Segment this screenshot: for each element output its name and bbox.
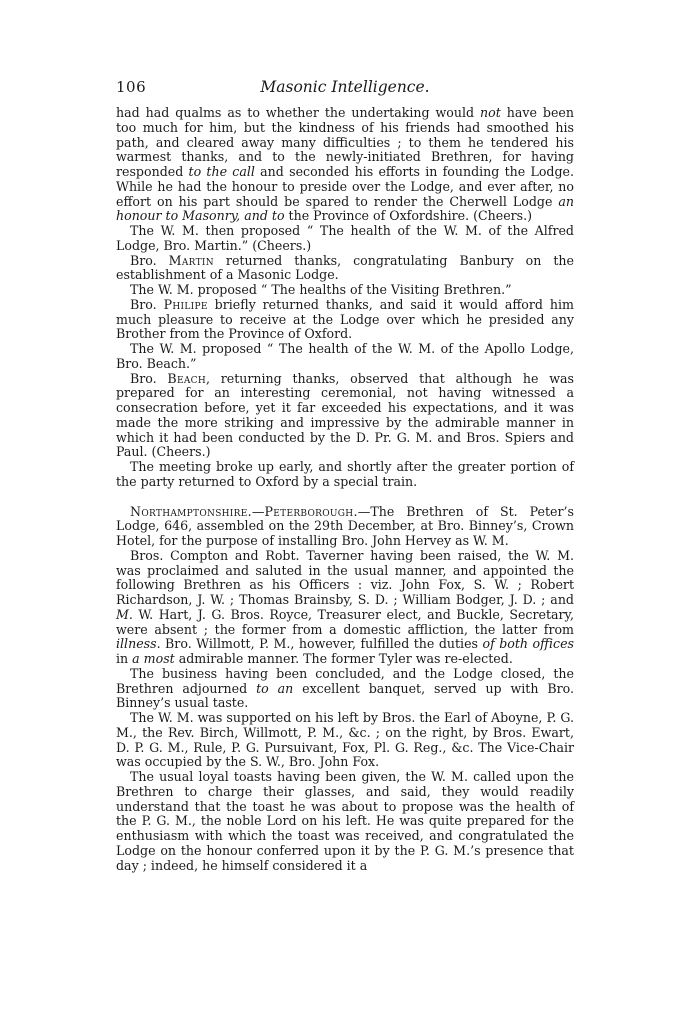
- italic-text: of both offices: [482, 636, 574, 651]
- text-run: Bros. Compton and Robt. Taverner having …: [116, 548, 574, 607]
- running-header: 106 Masonic Intelligence.: [116, 78, 574, 100]
- text-run: The W. M. then proposed “ The health of …: [116, 223, 574, 253]
- paragraph: Northamptonshire.—Peterborough.—The Bret…: [116, 505, 574, 549]
- text-run: The W. M. proposed “ The healths of the …: [130, 282, 512, 297]
- text-run: Bro.: [130, 253, 169, 268]
- text-run: . Bro. Willmott, P. M., however, fulfill…: [157, 636, 483, 651]
- paragraph: Bro. Philipe briefly returned thanks, an…: [116, 298, 574, 342]
- text-run: The W. M. was supported on his left by B…: [116, 710, 574, 769]
- text-run: Bro.: [130, 297, 164, 312]
- paragraph: Bro. Martin returned thanks, congratulat…: [116, 254, 574, 284]
- name-small-caps: Peterborough.: [265, 504, 358, 519]
- text-run: Bro.: [130, 371, 167, 386]
- italic-text: a most: [132, 651, 175, 666]
- paragraph: The W. M. then proposed “ The health of …: [116, 224, 574, 254]
- paragraph: The W. M. proposed “ The healths of the …: [116, 283, 574, 298]
- italic-text: illness: [116, 636, 157, 651]
- paragraph: Bros. Compton and Robt. Taverner having …: [116, 549, 574, 667]
- text-run: W. Hart, J. G. Bros. Royce, Treasurer el…: [116, 607, 574, 637]
- text-run: admirable manner. The former Tyler was r…: [175, 651, 513, 666]
- text-run: —: [252, 504, 265, 519]
- text-run: The meeting broke up early, and shortly …: [116, 459, 574, 489]
- text-run: The W. M. proposed “ The health of the W…: [116, 341, 574, 371]
- text-run: had had qualms as to whether the underta…: [116, 105, 480, 120]
- paragraph: The meeting broke up early, and shortly …: [116, 460, 574, 490]
- paragraph: The W. M. proposed “ The health of the W…: [116, 342, 574, 372]
- running-title: Masonic Intelligence.: [116, 78, 574, 96]
- text-run: the Province of Oxfordshire. (Cheers.): [285, 208, 533, 223]
- name-small-caps: Philipe: [164, 297, 208, 312]
- article-body: had had qualms as to whether the underta…: [116, 106, 574, 873]
- italic-text: M.: [116, 607, 133, 622]
- paragraph: The W. M. was supported on his left by B…: [116, 711, 574, 770]
- section-break: [116, 490, 574, 505]
- name-small-caps: Northamptonshire.: [130, 504, 252, 519]
- text-run: The usual loyal toasts having been given…: [116, 769, 574, 873]
- italic-text: to the call: [189, 164, 255, 179]
- document-page: 106 Masonic Intelligence. had had qualms…: [116, 78, 574, 873]
- name-small-caps: Martin: [169, 253, 214, 268]
- paragraph: had had qualms as to whether the underta…: [116, 106, 574, 224]
- name-small-caps: Beach: [167, 371, 206, 386]
- paragraph: Bro. Beach, returning thanks, observed t…: [116, 372, 574, 461]
- paragraph: The usual loyal toasts having been given…: [116, 770, 574, 873]
- italic-text: not: [480, 105, 501, 120]
- text-run: in: [116, 651, 132, 666]
- paragraph: The business having been concluded, and …: [116, 667, 574, 711]
- italic-text: to an: [256, 681, 293, 696]
